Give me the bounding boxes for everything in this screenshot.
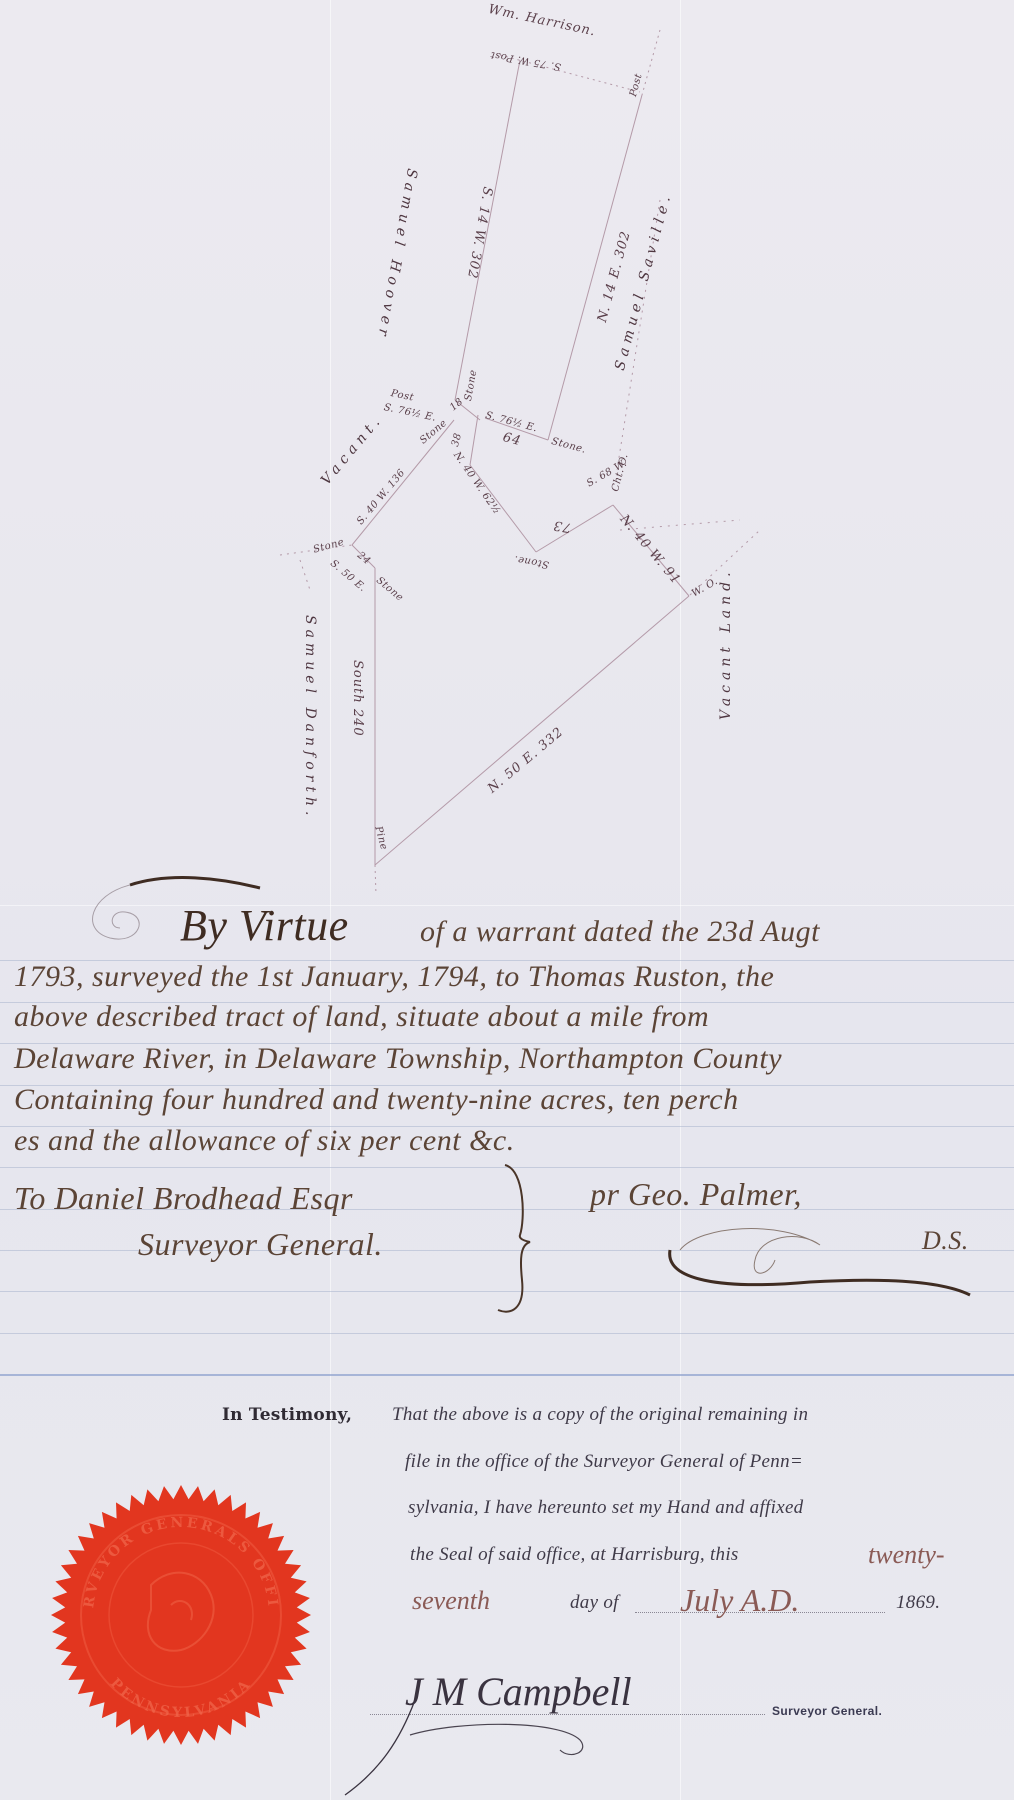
testimony-heading: In Testimony, — [222, 1405, 352, 1425]
testimony-line-4: the Seal of said office, at Harrisburg, … — [410, 1544, 739, 1566]
brace-ornament — [490, 1160, 550, 1320]
signature-flourish-2 — [340, 1690, 640, 1800]
month-filled: July A.D. — [680, 1582, 799, 1619]
addressee-title: Surveyor General. — [138, 1226, 383, 1263]
certificate-line-6: es and the allowance of six per cent &c. — [14, 1124, 515, 1158]
certificate-line-5: Containing four hundred and twenty-nine … — [14, 1083, 739, 1117]
adjoiner-east-lower: Vacant Land. — [718, 567, 734, 720]
course-south: South 240 — [350, 660, 365, 737]
ruled-line — [0, 1333, 1014, 1334]
lead-words: By Virtue — [180, 900, 349, 951]
surveyor-signature: pr Geo. Palmer, — [590, 1176, 802, 1213]
wax-seal: SURVEYOR GENERALS OFFICE PENNSYLVANIA — [46, 1480, 316, 1750]
ruled-line — [0, 1374, 1014, 1376]
surveyor-general-label: Surveyor General. — [772, 1704, 882, 1718]
certificate-line-3: above described tract of land, situate a… — [14, 1000, 709, 1034]
signature-flourish — [660, 1220, 980, 1300]
testimony-line-3: sylvania, I have hereunto set my Hand an… — [408, 1497, 803, 1519]
day-of-label: day of — [570, 1592, 619, 1614]
testimony-line-2: file in the office of the Surveyor Gener… — [405, 1451, 803, 1473]
addressee-name: To Daniel Brodhead Esqr — [14, 1180, 353, 1217]
year: 1869. — [896, 1592, 940, 1614]
certificate-line-4: Delaware River, in Delaware Township, No… — [14, 1042, 782, 1076]
certificate-line-2: 1793, surveyed the 1st January, 1794, to… — [14, 960, 774, 994]
adjoiner-west-lower: Samuel Danforth. — [302, 615, 318, 820]
day-filled-part1: twenty- — [868, 1540, 945, 1570]
day-filled-part2: seventh — [412, 1586, 490, 1616]
testimony-line-1: That the above is a copy of the original… — [392, 1404, 808, 1426]
course-chestnut-dist: 73 — [552, 517, 573, 535]
certificate-line-1: of a warrant dated the 23d Augt — [420, 915, 820, 949]
